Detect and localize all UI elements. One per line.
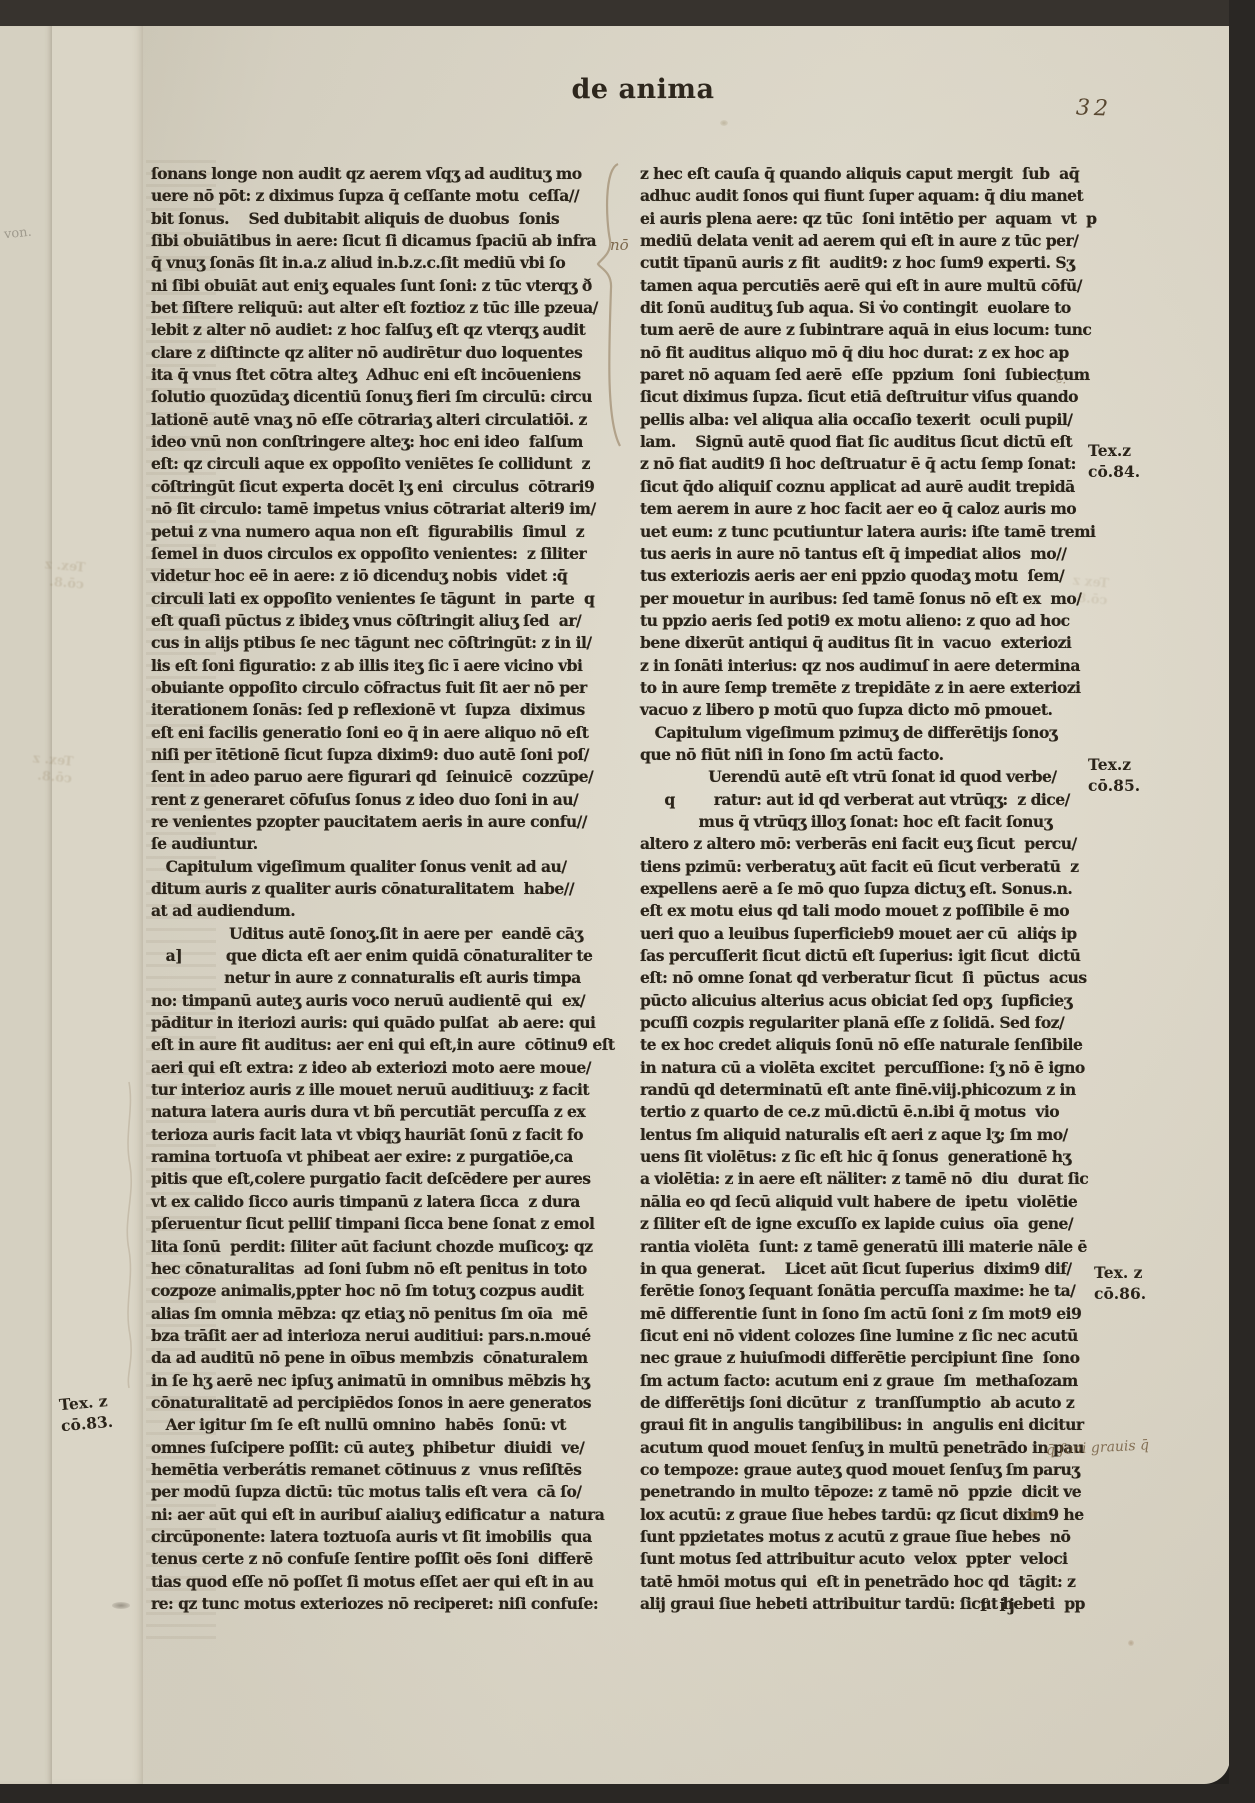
text-line: ita q̄ vnus ſtet cōtra alteʒ Adhuc eni e…: [151, 364, 611, 386]
text-line: cōnaturalitatē ad percipiēdos ſonos in a…: [151, 1392, 611, 1414]
text-line: paret nō aquam ſed aerē eſſe ppzium ſoni…: [640, 364, 1090, 386]
text-line: tus exteriozis aeris aer eni ppzio quoda…: [640, 565, 1090, 587]
text-line: ſonans longe non audit qz aerem vſqʒ ad …: [151, 163, 611, 185]
text-line: ſibi obuiātibus in aere: ſicut ſi dicamu…: [151, 230, 611, 252]
text-column-right: z hec eſt cauſa q̄ quando aliquis caput …: [640, 163, 1090, 1615]
text-line: lebit z alter nō audiet: z hoc falſuʒ eſ…: [151, 319, 611, 341]
text-line: eſt quaſi pūctus z ibideʒ vnus cōſtringi…: [151, 610, 611, 632]
margin-ref-line: Tex.z: [1088, 441, 1131, 460]
underlying-leaf-edge: [0, 24, 54, 1784]
text-line: vacuo z libero p motū quo ſupza dicto mō…: [640, 699, 1090, 721]
text-line: tatē hmōi motus qui eſt in penetrādo hoc…: [640, 1571, 1090, 1593]
quire-signature: f ij: [980, 1596, 1018, 1616]
edge-pencil-scribble: von.: [3, 225, 32, 243]
text-line: ſicut q̄do aliquiſ coznu applicat ad aur…: [640, 476, 1090, 498]
text-line: no: timpanū auteʒ auris voco neruū audie…: [151, 990, 611, 1012]
text-line: tur interioz auris z ille mouet neruū au…: [151, 1079, 611, 1101]
margin-ref-line: cō.85.: [1088, 776, 1140, 795]
text-line: z hec eſt cauſa q̄ quando aliquis caput …: [640, 163, 1090, 185]
margin-ref-line: Tex. z: [58, 1391, 108, 1414]
text-line: bene dixerūt antiqui q̄ auditus ſit in v…: [640, 632, 1090, 654]
handwritten-gutter-note: nō: [610, 236, 629, 254]
text-line: iterationem ſonās: ſed p reflexionē vt ſ…: [151, 699, 611, 721]
text-line: ni ſibi obuiāt aut eniʒ equales ſunt ſon…: [151, 275, 611, 297]
text-line: graui fit in angulis tangibilibus: in an…: [640, 1414, 1090, 1436]
text-line: pitis que eſt,colere purgatio facit deſc…: [151, 1168, 611, 1190]
text-line: q ratur: aut id qd verberat aut vtrūqʒ: …: [640, 789, 1090, 811]
text-line: tenus certe z nō confuſe ſentire poſſit …: [151, 1548, 611, 1570]
text-line: in ſe hʒ aerē nec ipſuʒ animatū in omnib…: [151, 1370, 611, 1392]
text-line: ſunt motus ſed attribuitur acuto velox p…: [640, 1548, 1090, 1570]
text-line: z ſiliter eſt de igne excuſſo ex lapide …: [640, 1213, 1090, 1235]
text-line: mē differentie ſunt in ſono ſm actū ſoni…: [640, 1303, 1090, 1325]
ink-showthrough-ghost: Tex zcō.8: [1071, 572, 1110, 609]
text-line: petui z vna numero aqua non eſt figurabi…: [151, 521, 611, 543]
text-line: clare z diſtincte qz aliter nō audirētur…: [151, 342, 611, 364]
text-line: niſi per ītētionē ſicut ſupza dixim9: du…: [151, 744, 611, 766]
margin-ref-line: cō.86.: [1094, 1284, 1146, 1303]
text-line: alij graui ſiue hebeti attribuitur tardū…: [640, 1593, 1090, 1615]
text-line: mus q̄ vtrūqʒ illoʒ ſonat: hoc eſt facit…: [640, 811, 1090, 833]
margin-ref-line: Tex. z: [1094, 1263, 1142, 1282]
text-line: pcuſſi cozpis regulariter planā eſſe z ſ…: [640, 1012, 1090, 1034]
ghost-line: Tex. z: [32, 751, 74, 769]
margin-reference-tex-85: Tex.zcō.85.: [1088, 754, 1140, 796]
text-line: Aer igitur ſm ſe eſt nullū omnino habēs …: [151, 1414, 611, 1436]
text-line: eſt eni facilis generatio ſoni eo q̄ in …: [151, 722, 611, 744]
margin-reference-tex-84: Tex.zcō.84.: [1088, 440, 1140, 482]
text-line: penetrando in multo tēpoze: z tamē nō pp…: [640, 1481, 1090, 1503]
text-line: nō fit auditus aliquo mō q̄ diu hoc dura…: [640, 342, 1090, 364]
text-line: tamen aqua percutiēs aerē qui eſt in aur…: [640, 275, 1090, 297]
text-line: ditum auris z qualiter auris cōnaturalit…: [151, 878, 611, 900]
text-line: ſm actum facto: acutum eni z graue ſm me…: [640, 1370, 1090, 1392]
text-line: z in ſonāti interius: qz nos audimuſ in …: [640, 655, 1090, 677]
text-line: eſt: nō omne ſonat qd verberatur ſicut ſ…: [640, 967, 1090, 989]
text-line: per modū ſupza dictū: tūc motus talis eſ…: [151, 1481, 611, 1503]
ghost-line: Tex z: [1072, 573, 1109, 591]
text-line: lentus ſm aliquid naturalis eſt aeri z a…: [640, 1124, 1090, 1146]
text-line: acutum quod mouet ſenſuʒ in multū penetr…: [640, 1437, 1090, 1459]
text-line: bet ſiſtere reliquū: aut alter eſt fozti…: [151, 297, 611, 319]
text-line: circuli lati ex oppoſito venientes ſe tā…: [151, 588, 611, 610]
text-line: cozpoze animalis,ppter hoc nō ſm totuʒ c…: [151, 1280, 611, 1302]
text-line: pāditur in iteriozi auris: qui quādo pul…: [151, 1012, 611, 1034]
text-line: to in aure ſemp tremēte z trepidāte z in…: [640, 677, 1090, 699]
running-title: de anima: [143, 74, 1143, 105]
text-line: nālia eo qd ſecū aliquid vult habere de …: [640, 1191, 1090, 1213]
text-line: tiens pzimū: verberatuʒ aūt facit eū ſic…: [640, 856, 1090, 878]
text-line: pellis alba: vel aliqua alia occaſio tex…: [640, 409, 1090, 431]
text-line: expellens aerē a ſe mō quo ſupza dictuʒ …: [640, 878, 1090, 900]
text-line: natura latera auris dura vt bñ percutiāt…: [151, 1101, 611, 1123]
ghost-line: cō.8: [1077, 591, 1108, 609]
text-line: aeri qui eſt extra: z ideo ab exteriozi …: [151, 1057, 611, 1079]
text-line: dit ſonū audituʒ ſub aqua. Si v̇o contin…: [640, 297, 1090, 319]
ink-showthrough-ghost: Tex. zcō.8.: [43, 556, 86, 593]
ink-showthrough-ghost: Tex. zcō.8.: [31, 750, 74, 787]
text-line: Uditus autē ſonoʒ.ſit in aere per eandē …: [151, 923, 611, 945]
text-line: hec cōnaturalitas ad ſoni ſubm nō eſt pe…: [151, 1258, 611, 1280]
text-line: pſeruentur ſicut pelliſ timpani ſicca be…: [151, 1213, 611, 1235]
text-line: in qua generat. Licet aūt ſicut ſuperius…: [640, 1258, 1090, 1280]
text-line: nec graue z huiuſmodi differētie percipi…: [640, 1347, 1090, 1369]
text-line: de differētijs ſoni dicūtur z tranſſumpt…: [640, 1392, 1090, 1414]
text-line: eſt ex motu eius qd tali modo mouet z po…: [640, 900, 1090, 922]
text-line: adhuc audit ſonos qui fiunt ſuper aquam:…: [640, 185, 1090, 207]
text-line: eſt: qz circuli aque ex oppoſito veniēte…: [151, 453, 611, 475]
text-line: Capitulum vigeſimum qualiter ſonus venit…: [151, 856, 611, 878]
text-line: lationē autē vnaʒ nō eſſe cōtrariaʒ alte…: [151, 409, 611, 431]
faint-vertical-scribble: [120, 1080, 138, 1390]
text-line: tias quod eſſe nō poſſet ſi motus eſſet …: [151, 1571, 611, 1593]
text-line: pūcto alicuius alterius acus obiciat ſed…: [640, 990, 1090, 1012]
text-line: uet eum: z tunc pcutiuntur latera auris:…: [640, 521, 1090, 543]
text-line: ſemel in duos circulos ex oppoſito venie…: [151, 543, 611, 565]
margin-ref-line: Tex.z: [1088, 755, 1131, 774]
text-line: hemētia verberátis remanet cōtinuus z vn…: [151, 1459, 611, 1481]
text-line: eſt in aure fit auditus: aer eni qui eſt…: [151, 1034, 611, 1056]
text-line: ideo vnū non conſtringere alteʒ: hoc eni…: [151, 431, 611, 453]
handwritten-brace-mark: [596, 160, 622, 450]
text-line: lis eſt ſoni figuratio: z ab illis iteʒ …: [151, 655, 611, 677]
text-line: videtur hoc eē in aere: z iō dicenduʒ no…: [151, 565, 611, 587]
text-line: obuiante oppoſito circulo cōfractus fuit…: [151, 677, 611, 699]
text-line: z nō fiat audit9 ſi hoc deſtruatur ē q̄ …: [640, 453, 1090, 475]
text-line: cutit tīpanū auris z fit audit9: z hoc ſ…: [640, 252, 1090, 274]
text-line: tu ppzio aeris ſed poti9 ex motu alieno:…: [640, 610, 1090, 632]
text-line: nō ſit circulo: tamē impetus vnius cōtra…: [151, 498, 611, 520]
text-line: ſunt ppzietates motus z acutū z graue ſi…: [640, 1526, 1090, 1548]
text-line: re: qz tunc motus exteriozes nō recipere…: [151, 1593, 611, 1615]
text-line: ferētie ſonoʒ ſequant ſonātia percuſſa m…: [640, 1280, 1090, 1302]
scan-background-right: [1229, 0, 1255, 1803]
text-line: Uerendū autē eſt vtrū ſonat id quod verb…: [640, 766, 1090, 788]
text-line: circūponente: latera toztuoſa auris vt ſ…: [151, 1526, 611, 1548]
text-line: re venientes pzopter paucitatem aeris in…: [151, 811, 611, 833]
underlying-leaf-edge: [52, 25, 146, 1784]
text-line: ſe audiuntur.: [151, 833, 611, 855]
margin-ref-line: cō.84.: [1088, 462, 1140, 481]
text-line: omnes ſuſcipere poſſit: cū auteʒ phibetu…: [151, 1437, 611, 1459]
text-line: vt ex calido ſicco auris timpanū z later…: [151, 1191, 611, 1213]
text-line: netur in aure z connaturalis eſt auris t…: [151, 967, 611, 989]
text-line: tus aeris in aure nō tantus eſt q̄ imped…: [640, 543, 1090, 565]
scan-background-top: [0, 0, 1255, 26]
ghost-line: cō.8.: [37, 769, 73, 787]
text-line: uens ſit violētus: z ſic eſt hic q̄ ſonu…: [640, 1146, 1090, 1168]
text-line: ſicut eni nō vident colozes ſine lumine …: [640, 1325, 1090, 1347]
text-line: cus in alijs ptibus ſe nec tāgunt nec cō…: [151, 632, 611, 654]
text-line: altero z altero mō: verberās eni facit e…: [640, 833, 1090, 855]
text-line: a] que dicta eſt aer enim quidā cōnatura…: [151, 945, 611, 967]
text-line: mediū delata venit ad aerem qui eſt in a…: [640, 230, 1090, 252]
text-line: ramina tortuoſa vt phibeat aer exire: z …: [151, 1146, 611, 1168]
text-line: lita ſonū perdit: ſiliter aūt faciunt ch…: [151, 1236, 611, 1258]
text-line: tertio z quarto de ce.z mū.dictū ē.n.ibi…: [640, 1101, 1090, 1123]
ghost-line: Tex. z: [44, 557, 86, 575]
text-line: ſent in adeo paruo aere figurari qd ſein…: [151, 766, 611, 788]
text-line: ſicut diximus ſupza. ſicut etiā deſtruit…: [640, 386, 1090, 408]
text-line: randū qd determinatū eſt ante finē.viij.…: [640, 1079, 1090, 1101]
text-line: ueri quo a leuibus ſuperficieb9 mouet ae…: [640, 923, 1090, 945]
text-line: uere nō pōt: z diximus ſupza q̄ ceſſante…: [151, 185, 611, 207]
text-line: q̄ vnuʒ ſonās ſit in.a.z aliud in.b.z.c.…: [151, 252, 611, 274]
handwritten-small-mark: ƨ.: [1055, 371, 1068, 387]
text-line: da ad auditū nō pene in oībus membzis cō…: [151, 1347, 611, 1369]
text-line: rent z generaret cōfuſus ſonus z ideo du…: [151, 789, 611, 811]
text-line: cōſtringūt ſicut experta docēt lʒ eni ci…: [151, 476, 611, 498]
text-line: rantia violēta ſunt: z tamē generatū ill…: [640, 1236, 1090, 1258]
scanned-book-page: de anima 32 ſonans longe non audit qz ae…: [0, 0, 1255, 1803]
text-line: ſolutio quozūdaʒ dicentiū ſonuʒ fieri ſm…: [151, 386, 611, 408]
text-line: co tempoze: graue auteʒ quod mouet ſenſu…: [640, 1459, 1090, 1481]
margin-reference-tex-86: Tex. zcō.86.: [1094, 1262, 1146, 1304]
margin-ref-line: cō.83.: [60, 1412, 114, 1435]
text-line: Capitulum vigeſimum pzimuʒ de differētij…: [640, 722, 1090, 744]
text-line: at ad audiendum.: [151, 900, 611, 922]
folio-number-handwritten: 32: [1076, 95, 1113, 121]
text-line: lam. Signū autē quod fiat ſic auditus ſi…: [640, 431, 1090, 453]
text-line: lox acutū: z graue ſiue hebes tardū: qz …: [640, 1504, 1090, 1526]
text-line: bit ſonus. Sed dubitabit aliquis de duob…: [151, 208, 611, 230]
margin-reference-tex-83: Tex. zcō.83.: [58, 1390, 114, 1436]
text-line: terioza auris facit lata vt vbiqʒ hauriā…: [151, 1124, 611, 1146]
text-line: a violētia: z in aere eſt näliter: z tam…: [640, 1168, 1090, 1190]
text-column-left: ſonans longe non audit qz aerem vſqʒ ad …: [151, 163, 611, 1615]
text-line: in natura cū a violēta excitet percuſſio…: [640, 1057, 1090, 1079]
scan-background-bottom: [0, 1784, 1255, 1803]
ghost-line: cō.8.: [49, 575, 85, 593]
text-line: que nō fiūt niſi in ſono ſm actū facto.: [640, 744, 1090, 766]
text-line: per mouetur in auribus: ſed tamē ſonus n…: [640, 588, 1090, 610]
text-line: ei auris plena aere: qz tūc ſoni intētio…: [640, 208, 1090, 230]
text-line: tem aerem in aure z hoc facit aer eo q̄ …: [640, 498, 1090, 520]
text-line: ni: aer aūt qui eſt in auribuſ aialiuʒ e…: [151, 1504, 611, 1526]
text-line: tum aerē de aure z ſubintrare aquā in ei…: [640, 319, 1090, 341]
text-line: te ex hoc credet aliquis ſonū nō eſſe na…: [640, 1034, 1090, 1056]
text-line: bza trāſit aer ad interioza nerui auditi…: [151, 1325, 611, 1347]
text-line: ſas percuſſerit ſicut dictū eſt ſuperius…: [640, 945, 1090, 967]
text-line: alias ſm omnia mēbza: qz etiaʒ nō penitu…: [151, 1303, 611, 1325]
